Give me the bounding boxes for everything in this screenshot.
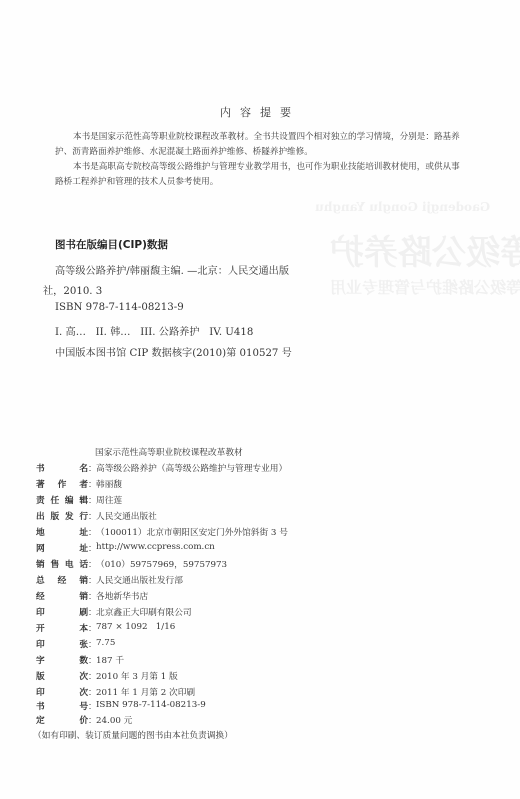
cip-line-1: 高等级公路养护/韩丽馥主编. —北京：人民交通出版: [55, 262, 289, 277]
cip-classification: I. 高… II. 韩… III. 公路养护 IV. U418: [55, 323, 253, 338]
imprint-row-author: 著作者：韩丽馥: [36, 478, 122, 490]
imprint-label: 开本: [36, 622, 88, 634]
summary-paragraph-2-line-1: 本书是高职高专院校高等级公路维护与管理专业教学用书，也可作为职业技能培训教材使用…: [55, 160, 485, 175]
imprint-value: 7.75: [96, 638, 115, 650]
imprint-label: 印张: [36, 638, 88, 650]
imprint-label: 著作者: [36, 478, 88, 490]
imprint-label: 网址: [36, 542, 88, 554]
imprint-value: 2011 年 1 月第 2 次印刷: [96, 686, 195, 698]
imprint-label: 总经销: [36, 574, 88, 586]
imprint-label: 地址: [36, 526, 88, 538]
cip-title: 图书在版编目(CIP)数据: [55, 237, 168, 252]
imprint-row-format: 开本：787 × 1092 1/16: [36, 622, 175, 634]
summary-paragraph-1-line-1: 本书是国家示范性高等职业院校课程改革教材。全书共设置四个相对独立的学习情境，分别…: [55, 130, 485, 145]
imprint-row-printer: 印刷：北京鑫正大印刷有限公司: [36, 606, 192, 618]
imprint-label: 印刷: [36, 606, 88, 618]
imprint-value: 2010 年 3 月第 1 版: [96, 670, 178, 682]
imprint-row-phone: 销售电话：（010）59757969，59757973: [36, 558, 227, 570]
imprint-row-sheets: 印张：7.75: [36, 638, 115, 650]
imprint-value: 北京鑫正大印刷有限公司: [96, 606, 192, 618]
imprint-label: 出版发行: [36, 510, 88, 522]
bleed-through-title: 高等级公路养护: [330, 225, 520, 274]
imprint-value: 周往莲: [96, 494, 122, 506]
cip-line-2: 社，2010. 3: [43, 282, 102, 297]
imprint-label: 经销: [36, 590, 88, 602]
imprint-value: （100011）北京市朝阳区安定门外外馆斜街 3 号: [96, 526, 288, 538]
imprint-row-word-count: 字数：187 千: [36, 654, 124, 666]
summary-paragraph-2-line-2: 路桥工程养护和管理的技术人员参考使用。: [55, 175, 485, 190]
imprint-value: 24.00 元: [96, 714, 132, 726]
imprint-label: 销售电话: [36, 558, 88, 570]
imprint-value: 高等级公路养护（高等级公路维护与管理专业用）: [96, 462, 287, 474]
imprint-value: 787 × 1092 1/16: [96, 622, 175, 634]
imprint-row-printing: 印次：2011 年 1 月第 2 次印刷: [36, 686, 195, 698]
bleed-through-pinyin: Gaodengji Gonglu Yanghu: [315, 200, 490, 214]
imprint-label: 定价: [36, 714, 88, 726]
imprint-quality-note: （如有印刷、装订质量问题的图书由本社负责调换）: [33, 729, 233, 741]
imprint-value: 各地新华书店: [96, 590, 148, 602]
imprint-row-isbn: 书号：ISBN 978-7-114-08213-9: [36, 700, 206, 712]
imprint-row-title: 书名：高等级公路养护（高等级公路维护与管理专业用）: [36, 462, 287, 474]
imprint-value: （010）59757969，59757973: [96, 558, 227, 570]
cip-isbn: ISBN 978-7-114-08213-9: [55, 302, 184, 313]
imprint-value: 187 千: [96, 654, 124, 666]
summary-paragraph-2: 本书是高职高专院校高等级公路维护与管理专业教学用书，也可作为职业技能培训教材使用…: [55, 160, 485, 190]
imprint-label: 版次: [36, 670, 88, 682]
cip-record-number: 中国版本图书馆 CIP 数据核字(2010)第 010527 号: [55, 344, 292, 359]
imprint-row-publisher: 出版发行：人民交通出版社: [36, 510, 157, 522]
imprint-row-address: 地址：（100011）北京市朝阳区安定门外外馆斜街 3 号: [36, 526, 288, 538]
imprint-label: 责任编辑: [36, 494, 88, 506]
imprint-row-website: 网址：http://www.ccpress.com.cn: [36, 542, 215, 554]
imprint-row-general-distributor: 总经销：人民交通出版社发行部: [36, 574, 183, 586]
imprint-value: 人民交通出版社: [96, 510, 157, 522]
imprint-row-price: 定价：24.00 元: [36, 714, 132, 726]
imprint-row-edition: 版次：2010 年 3 月第 1 版: [36, 670, 178, 682]
summary-title: 内容提要: [0, 104, 520, 120]
summary-paragraph-1: 本书是国家示范性高等职业院校课程改革教材。全书共设置四个相对独立的学习情境，分别…: [55, 130, 485, 160]
imprint-value: 人民交通出版社发行部: [96, 574, 183, 586]
imprint-row-editor: 责任编辑：周往莲: [36, 494, 122, 506]
imprint-label: 字数: [36, 654, 88, 666]
imprint-value: ISBN 978-7-114-08213-9: [96, 700, 206, 712]
imprint-value: http://www.ccpress.com.cn: [96, 542, 215, 554]
imprint-label: 书名: [36, 462, 88, 474]
imprint-label: 印次: [36, 686, 88, 698]
imprint-series: 国家示范性高等职业院校课程改革教材: [95, 446, 243, 458]
imprint-row-distributor: 经销：各地新华书店: [36, 590, 148, 602]
bleed-through-subtitle: 高等级公路维护与管理专业用: [330, 275, 520, 298]
imprint-value: 韩丽馥: [96, 478, 122, 490]
summary-paragraph-1-line-2: 护、沥青路面养护维修、水泥混凝土路面养护维修、桥隧养护维修。: [55, 145, 485, 160]
imprint-label: 书号: [36, 700, 88, 712]
